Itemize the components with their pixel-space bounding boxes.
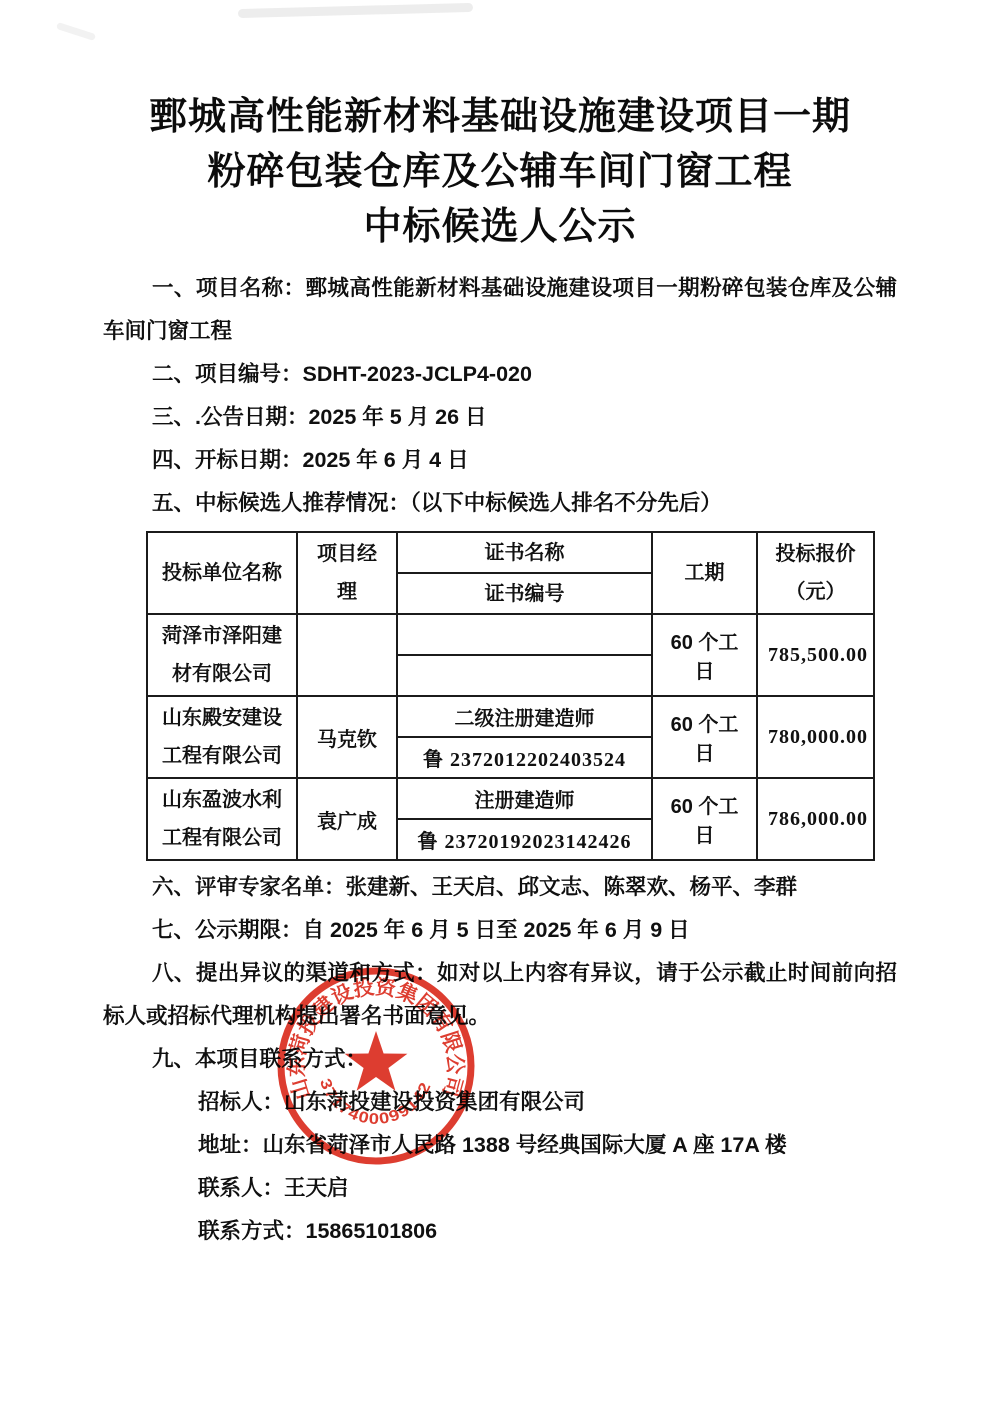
line-contact-phone: 联系方式：15865101806 [103,1210,897,1253]
document-content: 鄄城高性能新材料基础设施建设项目一期 粉碎包装仓库及公辅车间门窗工程 中标候选人… [0,0,1000,1408]
line-address: 地址：山东省菏泽市人民路 1388 号经典国际大厦 A 座 17A 楼 [103,1124,897,1167]
cell-cert-name-2: 二级注册建造师 [397,696,652,737]
line-contact-person: 联系人：王天启 [103,1167,897,1210]
header-price: 投标报价 （元） [757,532,874,614]
cell-duration-2: 60 个工日 [652,696,757,778]
title-line-1: 鄄城高性能新材料基础设施建设项目一期 [103,90,897,145]
title-line-2: 粉碎包装仓库及公辅车间门窗工程 [103,145,897,200]
table-row-bidder-2: 山东殿安建设工程有限公司 马克钦 二级注册建造师 60 个工日 780,000.… [147,696,874,737]
cell-manager-1 [297,614,397,696]
item-project-name: 一、项目名称：鄄城高性能新材料基础设施建设项目一期粉碎包装仓库及公辅车间门窗工程 [103,267,897,353]
cell-company-1: 菏泽市泽阳建材有限公司 [147,614,297,696]
cell-cert-name-1 [397,614,652,655]
cell-duration-3: 60 个工日 [652,778,757,860]
header-cert-number: 证书编号 [397,573,652,614]
cell-price-2: 780,000.00 [757,696,874,778]
item-project-number: 二、项目编号：SDHT-2023-JCLP4-020 [103,353,897,396]
cell-company-2: 山东殿安建设工程有限公司 [147,696,297,778]
header-price-line2: （元） [786,581,846,603]
item-announce-date: 三、.公告日期：2025 年 5 月 26 日 [103,396,897,439]
table-header-row-1: 投标单位名称 项目经理 证书名称 工期 投标报价 （元） [147,532,874,573]
cell-cert-number-3: 鲁 23720192023142426 [397,819,652,860]
bid-candidates-table: 投标单位名称 项目经理 证书名称 工期 投标报价 （元） 证书编号 菏泽市泽阳建… [146,531,875,861]
cell-cert-name-3: 注册建造师 [397,778,652,819]
item-candidates-heading: 五、中标候选人推荐情况：（以下中标候选人排名不分先后） [103,482,897,525]
item-publicity-period: 七、公示期限：自 2025 年 6 月 5 日至 2025 年 6 月 9 日 [103,909,897,952]
title-line-3: 中标候选人公示 [103,200,897,255]
item-contact-heading: 九、本项目联系方式： [103,1038,897,1081]
scanned-document-page: { "document": { "title_lines": [ "鄄城高性能新… [0,0,1000,1408]
header-company: 投标单位名称 [147,532,297,614]
header-duration: 工期 [652,532,757,614]
header-manager: 项目经理 [297,532,397,614]
line-tenderer: 招标人：山东菏投建设投资集团有限公司 [103,1081,897,1124]
item-bid-open-date: 四、开标日期：2025 年 6 月 4 日 [103,439,897,482]
cell-price-1: 785,500.00 [757,614,874,696]
cell-cert-number-1 [397,655,652,696]
header-cert-name: 证书名称 [397,532,652,573]
document-title: 鄄城高性能新材料基础设施建设项目一期 粉碎包装仓库及公辅车间门窗工程 中标候选人… [103,90,897,255]
cell-duration-1: 60 个工日 [652,614,757,696]
item-objection: 八、提出异议的渠道和方式：如对以上内容有异议，请于公示截止时间前向招标人或招标代… [103,952,897,1038]
header-price-line1: 投标报价 [776,543,856,565]
table-row-bidder-3: 山东盈波水利工程有限公司 袁广成 注册建造师 60 个工日 786,000.00 [147,778,874,819]
cell-manager-2: 马克钦 [297,696,397,778]
cell-company-3: 山东盈波水利工程有限公司 [147,778,297,860]
cell-manager-3: 袁广成 [297,778,397,860]
item-experts: 六、评审专家名单：张建新、王天启、邱文志、陈翠欢、杨平、李群 [103,866,897,909]
cell-price-3: 786,000.00 [757,778,874,860]
table-row-bidder-1: 菏泽市泽阳建材有限公司 60 个工日 785,500.00 [147,614,874,655]
cell-cert-number-2: 鲁 2372012202403524 [397,737,652,778]
